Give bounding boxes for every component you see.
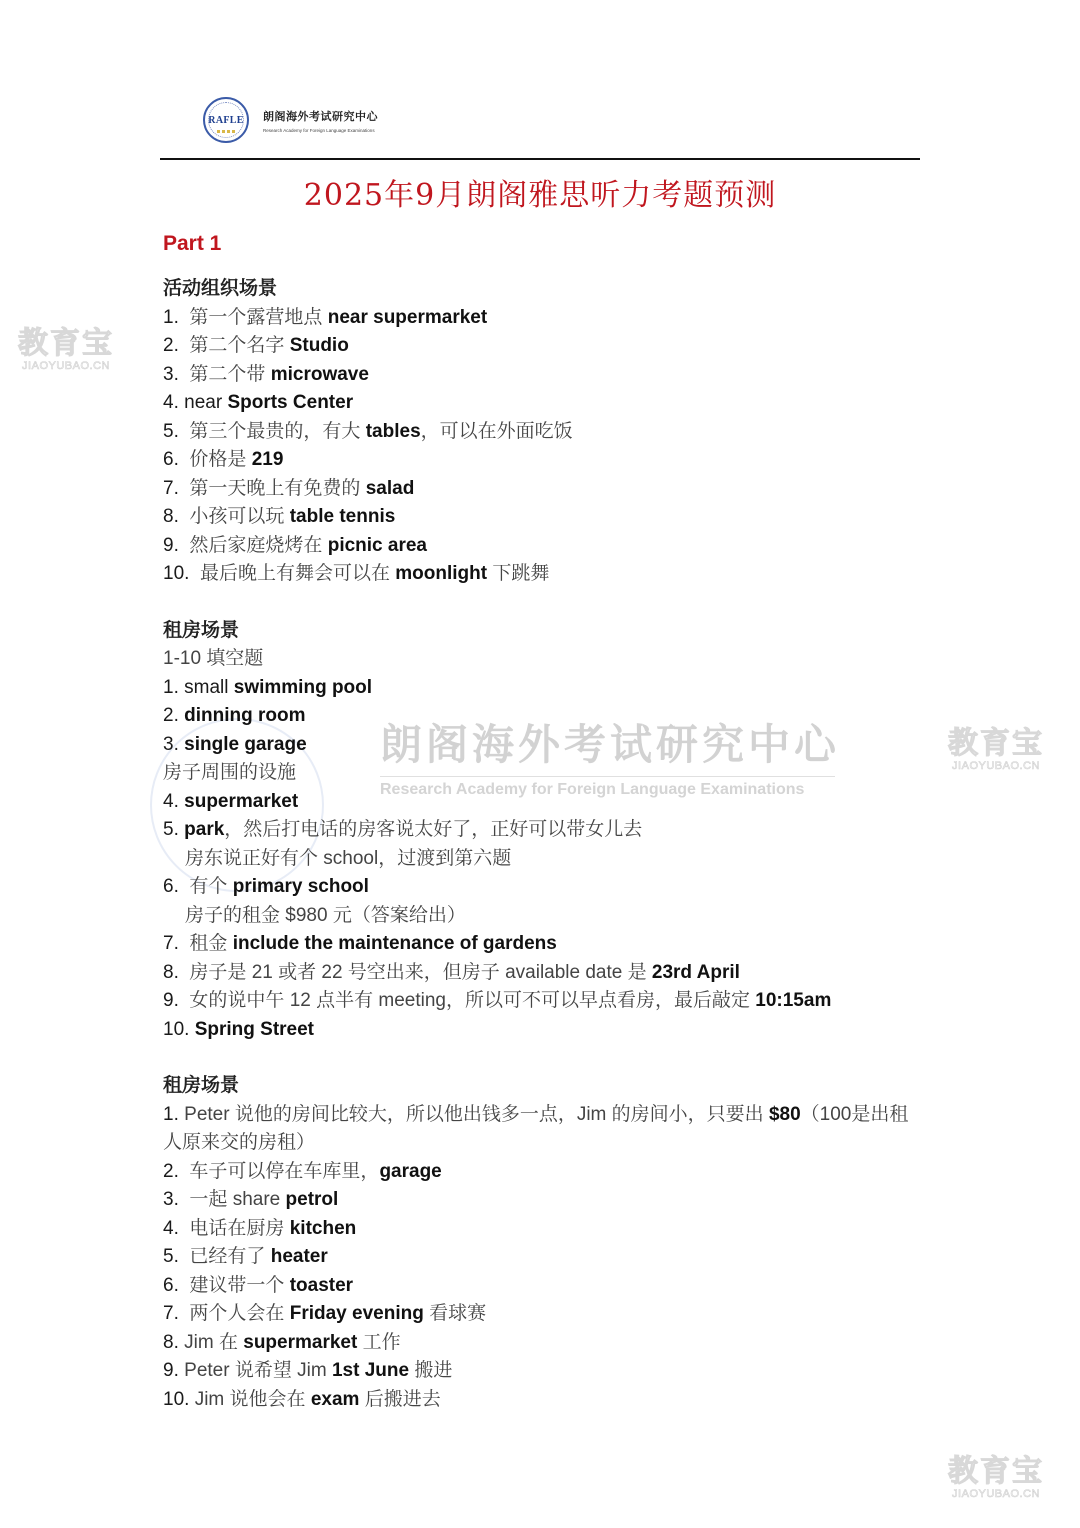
- watermark-text: 教育宝: [18, 328, 114, 360]
- watermark-url: JIAOYUBAO.CN: [952, 1488, 1040, 1500]
- list-item: 5. 第三个最贵的，有大 tables，可以在外面吃饭: [163, 418, 923, 447]
- list-item: 10. 最后晚上有舞会可以在 moonlight 下跳舞: [163, 560, 923, 589]
- watermark-left: 教育宝 JIAOYUBAO.CN: [18, 328, 114, 372]
- list-item: 8. 小孩可以玩 table tennis: [163, 503, 923, 532]
- list-item: 6. 有个 primary school: [163, 873, 923, 902]
- list-item: 10. Jim 说他会在 exam 后搬进去: [163, 1386, 923, 1415]
- watermark-right-bottom: 教育宝 JIAOYUBAO.CN: [948, 1456, 1044, 1500]
- section-activity: 活动组织场景 1. 第一个露营地点 near supermarket 2. 第二…: [163, 275, 923, 589]
- section-subheading: 1-10 填空题: [163, 645, 923, 674]
- header-divider: [160, 158, 920, 160]
- list-item: 7. 第一天晚上有免费的 salad: [163, 475, 923, 504]
- list-note: 房子周围的设施: [163, 759, 923, 788]
- list-item: 9. 然后家庭烧烤在 picnic area: [163, 532, 923, 561]
- section-heading: 租房场景: [163, 1072, 923, 1101]
- org-name: 朗阁海外考试研究中心 Research Academy for Foreign …: [263, 108, 378, 133]
- section-heading: 租房场景: [163, 617, 923, 646]
- list-item: 9. 女的说中午 12 点半有 meeting，所以可不可以早点看房，最后敲定 …: [163, 987, 923, 1016]
- watermark-url: JIAOYUBAO.CN: [952, 760, 1040, 772]
- page-title: 2025年9月朗阁雅思听力考题预测: [0, 170, 1080, 214]
- list-item: 9. Peter 说希望 Jim 1st June 搬进: [163, 1357, 923, 1386]
- list-item: 1. small swimming pool: [163, 674, 923, 703]
- watermark-right-middle: 教育宝 JIAOYUBAO.CN: [948, 728, 1044, 772]
- section-gap: [163, 1044, 923, 1072]
- section-gap: [163, 589, 923, 617]
- list-item: 1. 第一个露营地点 near supermarket: [163, 304, 923, 333]
- list-item: 6. 价格是 219: [163, 446, 923, 475]
- section-rental-2: 租房场景 1. Peter 说他的房间比较大，所以他出钱多一点，Jim 的房间小…: [163, 1072, 923, 1414]
- list-item: 2. dinning room: [163, 702, 923, 731]
- document-page: 教育宝 JIAOYUBAO.CN 教育宝 JIAOYUBAO.CN 教育宝 JI…: [0, 0, 1080, 1528]
- list-item: 2. 车子可以停在车库里，garage: [163, 1158, 923, 1187]
- list-item: 8. Jim 在 supermarket 工作: [163, 1329, 923, 1358]
- part-label: Part 1: [163, 232, 221, 256]
- list-item: 3. 第二个带 microwave: [163, 361, 923, 390]
- document-content: 活动组织场景 1. 第一个露营地点 near supermarket 2. 第二…: [163, 275, 923, 1414]
- list-item: 8. 房子是 21 或者 22 号空出来，但房子 available date …: [163, 959, 923, 988]
- org-name-en: Research Academy for Foreign Language Ex…: [263, 128, 378, 133]
- list-item: 4. supermarket: [163, 788, 923, 817]
- list-note: 房东说正好有个 school，过渡到第六题: [163, 845, 923, 874]
- logo-dots-icon: [217, 130, 235, 133]
- list-item: 10. Spring Street: [163, 1016, 923, 1045]
- section-heading: 活动组织场景: [163, 275, 923, 304]
- watermark-text: 教育宝: [948, 728, 1044, 760]
- list-item: 7. 两个人会在 Friday evening 看球赛: [163, 1300, 923, 1329]
- rafle-logo: RAFLE: [203, 97, 249, 143]
- list-item: 5. park，然后打电话的房客说太好了，正好可以带女儿去: [163, 816, 923, 845]
- list-item: 4. 电话在厨房 kitchen: [163, 1215, 923, 1244]
- org-name-cn: 朗阁海外考试研究中心: [263, 108, 378, 124]
- section-rental-1: 租房场景 1-10 填空题 1. small swimming pool 2. …: [163, 617, 923, 1045]
- list-item: 3. single garage: [163, 731, 923, 760]
- list-item: 5. 已经有了 heater: [163, 1243, 923, 1272]
- header: RAFLE 朗阁海外考试研究中心 Research Academy for Fo…: [203, 95, 378, 145]
- list-item: 4. near Sports Center: [163, 389, 923, 418]
- list-item: 2. 第二个名字 Studio: [163, 332, 923, 361]
- list-item: 7. 租金 include the maintenance of gardens: [163, 930, 923, 959]
- list-item: 1. Peter 说他的房间比较大，所以他出钱多一点，Jim 的房间小，只要出 …: [163, 1101, 923, 1158]
- list-note: 房子的租金 $980 元（答案给出）: [163, 902, 923, 931]
- list-item: 6. 建议带一个 toaster: [163, 1272, 923, 1301]
- list-item: 3. 一起 share petrol: [163, 1186, 923, 1215]
- watermark-text: 教育宝: [948, 1456, 1044, 1488]
- watermark-url: JIAOYUBAO.CN: [22, 360, 110, 372]
